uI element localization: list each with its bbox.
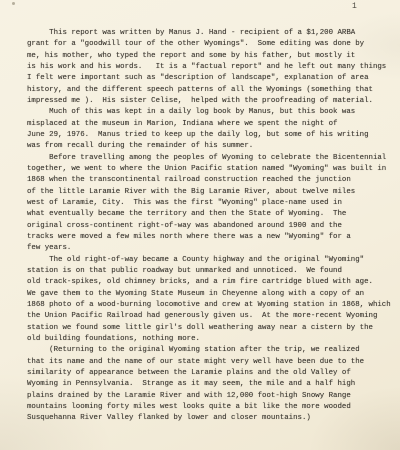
text-line: tracks were moved a few miles north wher…	[27, 232, 399, 243]
text-line: 1868 when the transcontinental railroad …	[27, 175, 399, 186]
text-line: station we found some little girl's doll…	[27, 323, 399, 334]
text-line: Wyoming in Pennsylvania. Strange as it m…	[27, 379, 399, 390]
text-line: what eventually became the territory and…	[27, 209, 399, 220]
text-line: original cross-continent right-of-way wa…	[27, 221, 399, 232]
text-line: few years.	[27, 243, 399, 254]
text-line: together, we went to where the Union Pac…	[27, 164, 399, 175]
text-line: west of Laramie, City. This was the firs…	[27, 198, 399, 209]
text-line: Before travelling among the peoples of W…	[27, 153, 399, 164]
text-line: misplaced at the museum in Marion, India…	[27, 119, 399, 130]
text-line: June 29, 1976. Manus tried to keep up th…	[27, 130, 399, 141]
text-line: the Union Pacific Railroad had generousl…	[27, 311, 399, 322]
text-line: The old right-of-way became a County hig…	[27, 255, 399, 266]
text-line: of the little Laramie River with the Big…	[27, 187, 399, 198]
text-line: me, his mother, who typed the report and…	[27, 51, 399, 62]
text-line: that its name and the name of our state …	[27, 357, 399, 368]
text-line: station is on that public roadway but un…	[27, 266, 399, 277]
text-line: impressed me ). His sister Celise, helpe…	[27, 96, 399, 107]
text-line: similarity of appearance between the Lar…	[27, 368, 399, 379]
document-page: 1 This report was written by Manus J. Ha…	[0, 0, 400, 450]
text-line: 1868 photo of a wood-burning locomotive …	[27, 300, 399, 311]
page-number: 1	[352, 2, 357, 12]
text-line: mountains looming forty miles west looks…	[27, 402, 399, 413]
text-line: old track-spikes, old chimney bricks, an…	[27, 277, 399, 288]
text-line: This report was written by Manus J. Hand…	[27, 28, 399, 39]
text-line: I felt were important such as "descripti…	[27, 73, 399, 84]
text-line: We gave them to the Wyoming State Museum…	[27, 289, 399, 300]
scan-speck	[12, 2, 15, 5]
text-line: Much of this was kept in a daily log boo…	[27, 107, 399, 118]
text-line: was from recall during the remainder of …	[27, 141, 399, 152]
text-line: grant for a "goodwill tour of the other …	[27, 39, 399, 50]
text-line: (Returning to the original Wyoming stati…	[27, 345, 399, 356]
text-block: This report was written by Manus J. Hand…	[27, 28, 399, 424]
text-line: plains drained by the Laramie River and …	[27, 391, 399, 402]
text-line: old building foundations, nothing more.	[27, 334, 399, 345]
text-line: Susquehanna River Valley flanked by lowe…	[27, 413, 399, 424]
text-line: is his work and his words. It is a "fact…	[27, 62, 399, 73]
text-line: history, and the different speech patter…	[27, 85, 399, 96]
